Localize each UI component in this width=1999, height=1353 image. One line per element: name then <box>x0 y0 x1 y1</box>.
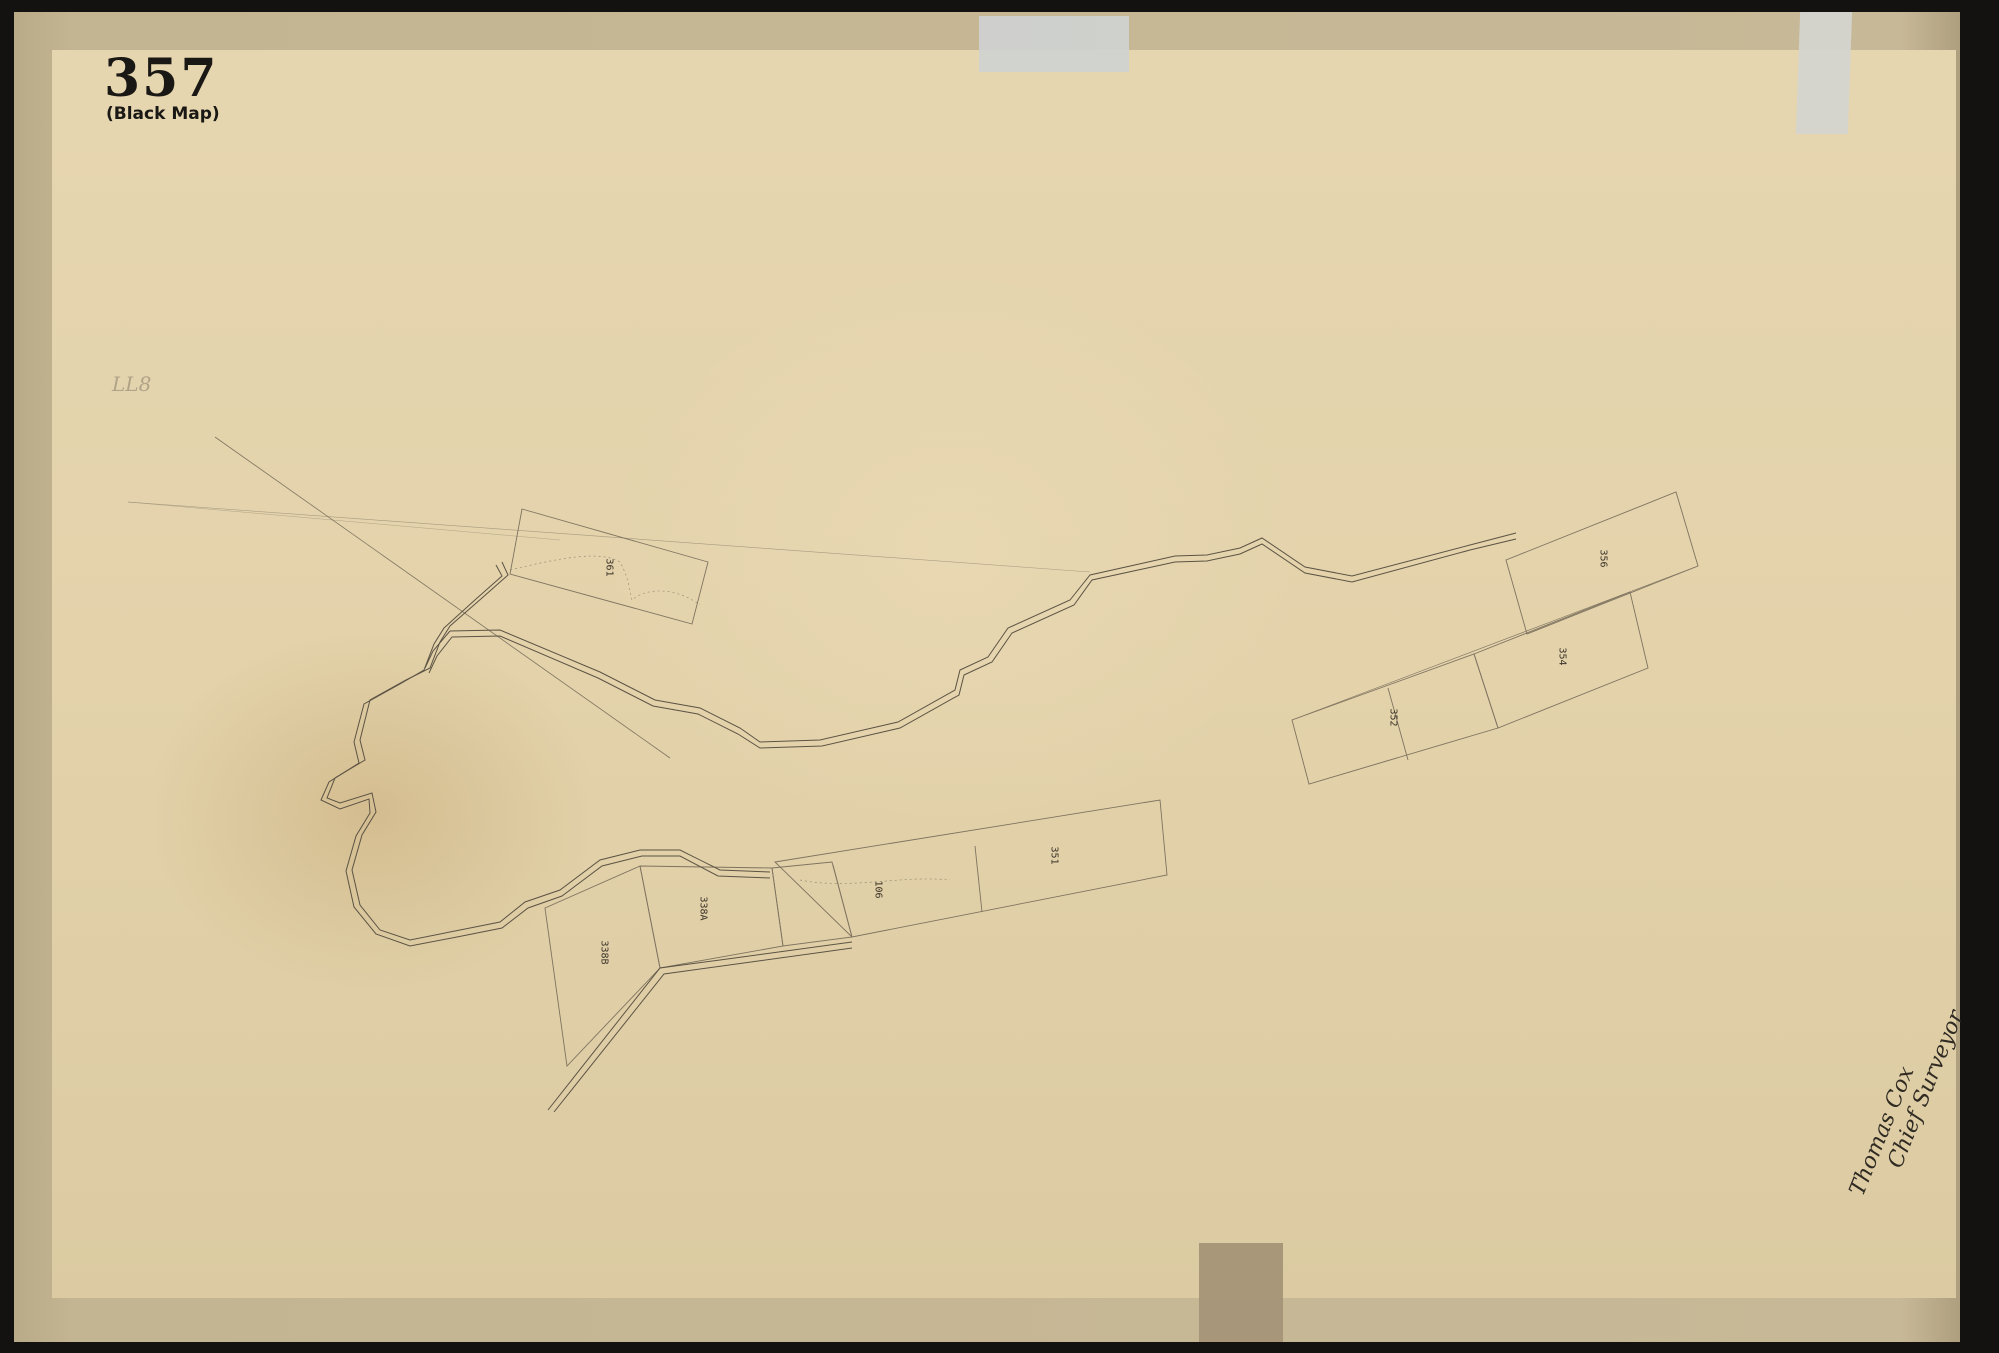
parcel-338a-boundary <box>640 866 783 968</box>
sheet-number: 357 <box>104 48 219 109</box>
parcel-label-361: 361 <box>604 558 615 576</box>
sheet-subtitle: (Black Map) <box>106 104 220 124</box>
parcel-label-356: 356 <box>1598 549 1609 567</box>
bearing-line <box>215 437 670 758</box>
road-double-line <box>321 533 1516 1112</box>
tape-strip-bottom <box>1199 1243 1283 1342</box>
parcel-label-338a: 338A <box>698 896 709 920</box>
parcel-label-338b: 338B <box>599 940 610 964</box>
parcel-label-354: 354 <box>1557 647 1568 665</box>
survey-drawing <box>0 0 1999 1353</box>
tape-strip-top-right <box>1796 12 1852 134</box>
parcel-label-352: 352 <box>1388 708 1399 726</box>
parcel-label-351: 351 <box>1049 846 1060 864</box>
pencil-annotation: LL8 <box>112 372 151 396</box>
parcel-label-106: 106 <box>873 880 884 898</box>
parcel-338a-east-boundary <box>772 862 852 946</box>
tape-strip-top <box>979 16 1129 72</box>
